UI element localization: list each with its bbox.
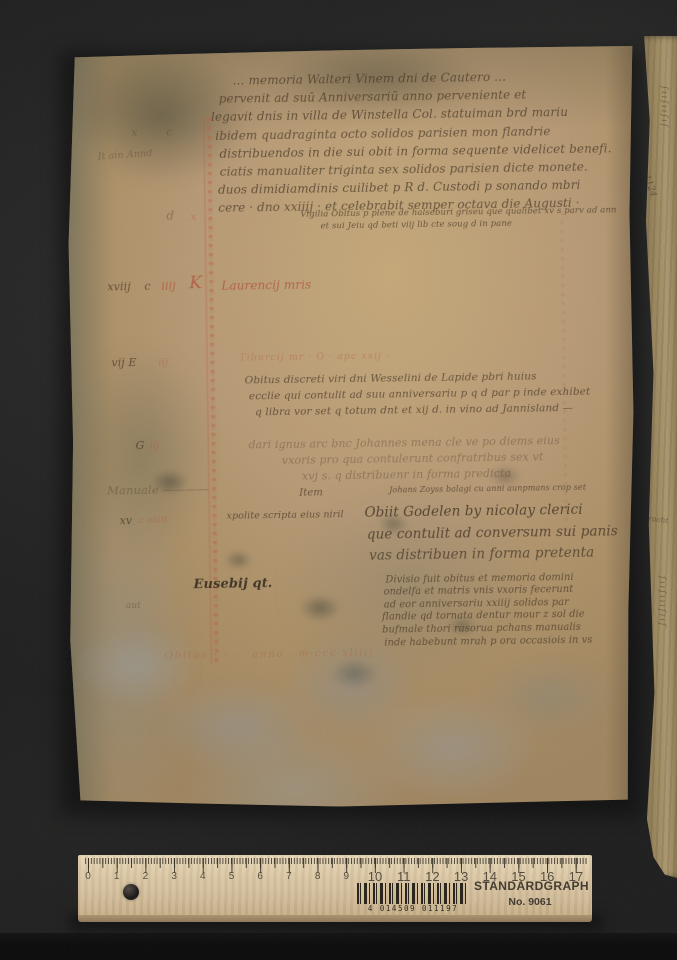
barcode-digits: 4 014509 011197 [355, 904, 471, 913]
item-label: Item [299, 487, 323, 498]
margin-note-eusebii: Eusebij qt. [193, 576, 272, 592]
ms-line-memoria: ondelfa et matris vnis vxoris fecerunt [384, 584, 574, 598]
rubric-title: Tiburcij mr · O · apc xxij · [239, 350, 390, 363]
ms-line-main: … memoria Walteri Vinem dni de Cautero … [232, 70, 506, 88]
barcode: 4 014509 011197 [355, 882, 471, 914]
manuscript-photo: ſııſııſıſ 1124 beidracht ſııſıııſııſ … m… [0, 0, 677, 960]
margin-mark: x [131, 126, 137, 139]
rubric-title: Laurencij mris [221, 278, 311, 293]
margin-mark: d [166, 208, 174, 222]
margin-calendar-letters: G [135, 439, 144, 452]
margin-mark-red: x [190, 210, 196, 223]
margin-mark-red: c obiit [139, 516, 168, 526]
ms-line-memoria: flandie qd tornata dentur mour z sol die [382, 609, 585, 623]
margin-calendar-letters: xviij [107, 280, 131, 293]
bottom-rubric: Obitus · · · · anno · m·ccc·xliiij [164, 647, 373, 662]
ms-line-main: pervenit ad suū Anniversariū anno perven… [219, 88, 527, 106]
ruler-number: 0 [85, 871, 91, 882]
parchment-page: … memoria Walteri Vinem dni de Cautero …… [68, 46, 634, 808]
ms-line-entry: q libra vor set q totum dnt et xij d. in… [255, 402, 573, 418]
ruler-number: 2 [143, 871, 149, 882]
writing-layer: … memoria Walteri Vinem dni de Cautero …… [68, 42, 645, 812]
measuring-ruler: 0 1 2 3 4 5 6 7 8 9 10 11 12 13 14 15 16… [78, 855, 592, 916]
ruler-brand-label: STANDARDGRAPH [474, 879, 586, 893]
ms-line-entry: Johans Zoyss balagi cu anni aunpmans cro… [389, 483, 586, 495]
ruler-number: 6 [257, 871, 263, 882]
margin-calendar-letters: c [144, 280, 150, 293]
ruler-model-label: No. 9061 [474, 896, 586, 908]
rubric-initial: K [189, 273, 202, 293]
ruler-number: 9 [344, 871, 350, 882]
ruler-hole [123, 884, 139, 900]
margin-mark: aut [126, 601, 141, 611]
ms-note: xpolite scripta eius niril [226, 509, 343, 522]
ruler-number: 4 [200, 871, 206, 882]
edge-script-mark: ſııſıııſııſ [658, 576, 667, 836]
edge-script-mark: ſııſııſıſ [660, 86, 669, 256]
margin-calendar-numeral: iij [149, 441, 159, 452]
ms-line-entry: dari ignus arc bnc Johannes mena cle ve … [248, 434, 559, 451]
ruler-number: 8 [315, 871, 321, 882]
ms-line-obit: que contulit ad conversum sui panis [367, 523, 618, 543]
margin-calendar-letters: xv [120, 514, 133, 527]
ms-line-obit: Obiit Godelen by nicolay clerici [364, 502, 582, 521]
ms-line-memoria: bufmale thori rasorua pchans manualis [382, 622, 581, 636]
margin-calendar-letters: vij E [111, 356, 136, 369]
margin-note-manuale: Manuale ———— [107, 482, 209, 497]
ms-line-entry: xvj s. q distribuenr in forma predicta [302, 467, 511, 483]
ms-line-main: legavit dnis in villa de Winstella Col. … [211, 105, 568, 124]
margin-mark: It ain Annd [97, 148, 152, 163]
barcode-bars [357, 883, 469, 904]
ms-line-main: ibidem quadraginta octo solidos parisien… [215, 124, 550, 143]
ruler-number: 5 [229, 871, 235, 882]
ms-line-obit: vas distribuen in forma pretenta [369, 545, 594, 564]
table-edge-band [0, 933, 677, 960]
margin-mark: c [166, 125, 172, 138]
margin-calendar-numeral: iiij [161, 279, 176, 292]
ruler-number: 7 [286, 871, 292, 882]
ms-line-entry: ecclie qui contulit ad suu anniversariu … [249, 386, 591, 403]
ms-line-vigilia: et sui Jeiu qd beti viij lib cte soug d … [320, 219, 512, 232]
margin-calendar-numeral: iij [158, 358, 168, 369]
ms-line-main: ciatis manualiter triginta sex solidos p… [220, 160, 588, 179]
ms-line-entry: vxoris pro qua contulerunt confratribus … [282, 450, 544, 467]
ruler-number: 1 [114, 871, 120, 882]
ms-line-main: distribuendos in die sui obit in forma s… [219, 141, 611, 160]
ms-line-memoria: inde habebunt mrah p ora occasiois in vs [384, 635, 592, 649]
ms-line-main: duos dimidiamdinis cuilibet p R d. Custo… [218, 178, 581, 197]
ruler-number: 3 [171, 871, 177, 882]
ms-line-entry: Obitus discreti viri dni Wesselini de La… [245, 370, 537, 386]
